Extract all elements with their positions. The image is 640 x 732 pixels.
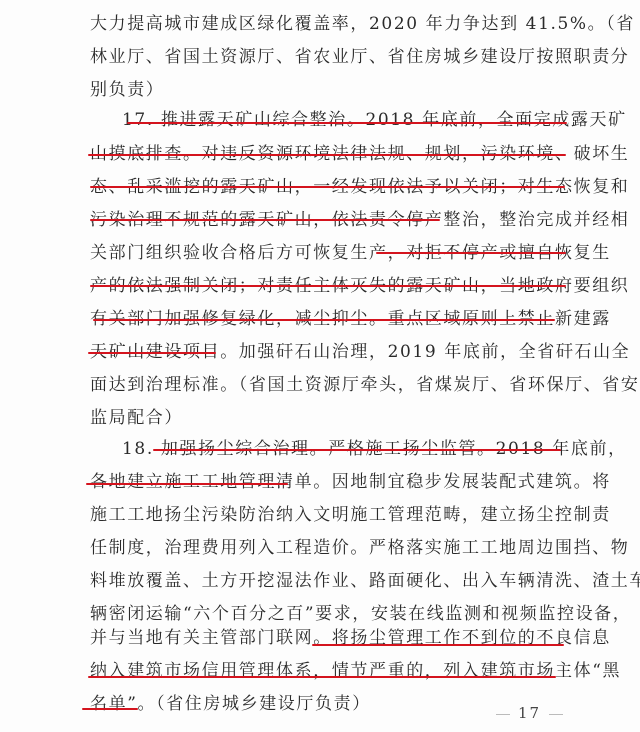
underline [88,352,216,354]
page-number: 17 [488,704,571,722]
underline [153,449,561,451]
underline [345,319,555,321]
text-line: 面达到治理标准。（省国土资源厅牵头，省煤炭厅、省环保厅、省安 [90,369,565,401]
text-line: 大力提高城市建成区绿化覆盖率，2020 年力争达到 41.5%。（省 [90,8,565,40]
document-page: 大力提高城市建成区绿化覆盖率，2020 年力争达到 41.5%。（省 林业厅、省… [0,0,640,732]
underline [90,219,440,221]
underline [88,676,556,678]
text-line: 林业厅、省国土资源厅、省农业厅、省住房城乡建设厅按照职责分 [90,41,565,73]
underline [127,122,567,124]
text-line: 纳入建筑市场信用管理体系，情节严重的，列入建筑市场主体“黑 [90,655,565,687]
dash-decoration [549,714,563,715]
underline [90,285,566,287]
underline [86,483,288,485]
underline [90,186,565,188]
page-number-text: 17 [518,704,541,722]
underline [376,252,566,254]
underline [88,154,566,156]
text-line: 监局配合） [90,402,565,434]
text-line: 任制度，治理费用列入工程造价。严格落实施工工地周边围挡、物 [90,532,565,564]
text-line: 料堆放覆盖、土方开挖湿法作业、路面硬化、出入车辆清洗、渣土车 [90,565,565,597]
underline [93,319,345,321]
underline [82,708,138,710]
text-line: 并与当地有关主管部门联网。将扬尘管理工作不到位的不良信息 [90,622,565,654]
underline [312,644,564,646]
text-line: 别负责） [90,74,565,106]
dash-decoration [496,714,510,715]
text-line: 各地建立施工工地管理清单。因地制宜稳步发展装配式建筑。将 [90,466,565,498]
text-line: 施工工地扬尘污染防治纳入文明施工管理范畴，建立扬尘控制责 [90,499,565,531]
item-17-heading-line: 17. 推进露天矿山综合整治。2018 年底前，全面完成露天矿 [122,104,565,136]
